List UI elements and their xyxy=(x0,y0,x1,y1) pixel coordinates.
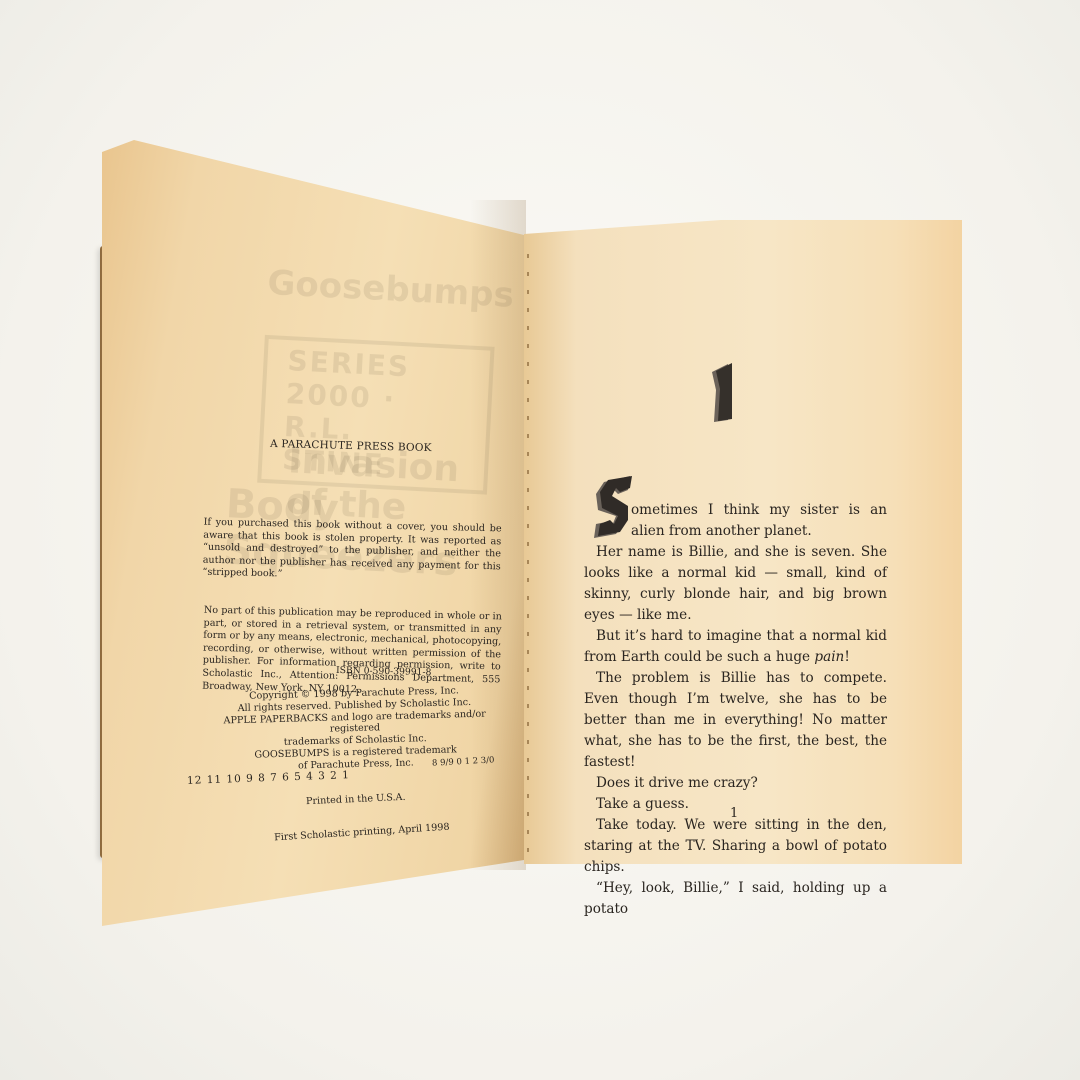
paragraph: Take today. We were sitting in the den, … xyxy=(584,815,887,878)
paragraph: But it’s hard to imagine that a normal k… xyxy=(584,626,887,668)
paragraph: “Hey, look, Billie,” I said, holding up … xyxy=(584,878,887,920)
stripped-book-notice: If you purchased this book without a cov… xyxy=(202,517,501,587)
paragraph: The problem is Billie has to compete. Ev… xyxy=(584,668,887,773)
paragraph: Does it drive me crazy? xyxy=(584,773,887,794)
emphasis-text: pain xyxy=(814,649,844,665)
paragraph: ometimes I think my sister is an alien f… xyxy=(584,500,887,542)
binding-thread xyxy=(527,240,529,860)
chapter-body-text: ometimes I think my sister is an alien f… xyxy=(584,500,887,920)
paragraph-text: ! xyxy=(844,649,849,665)
isbn: ISBN 0-590-39991-8 xyxy=(336,665,432,678)
page-number: 1 xyxy=(730,806,738,821)
book-photo: Goosebumps SERIES 2000 · R.L. STINE Inva… xyxy=(0,0,1080,1080)
chapter-number-1-glyph xyxy=(706,360,736,425)
paragraph: Her name is Billie, and she is seven. Sh… xyxy=(584,542,887,626)
